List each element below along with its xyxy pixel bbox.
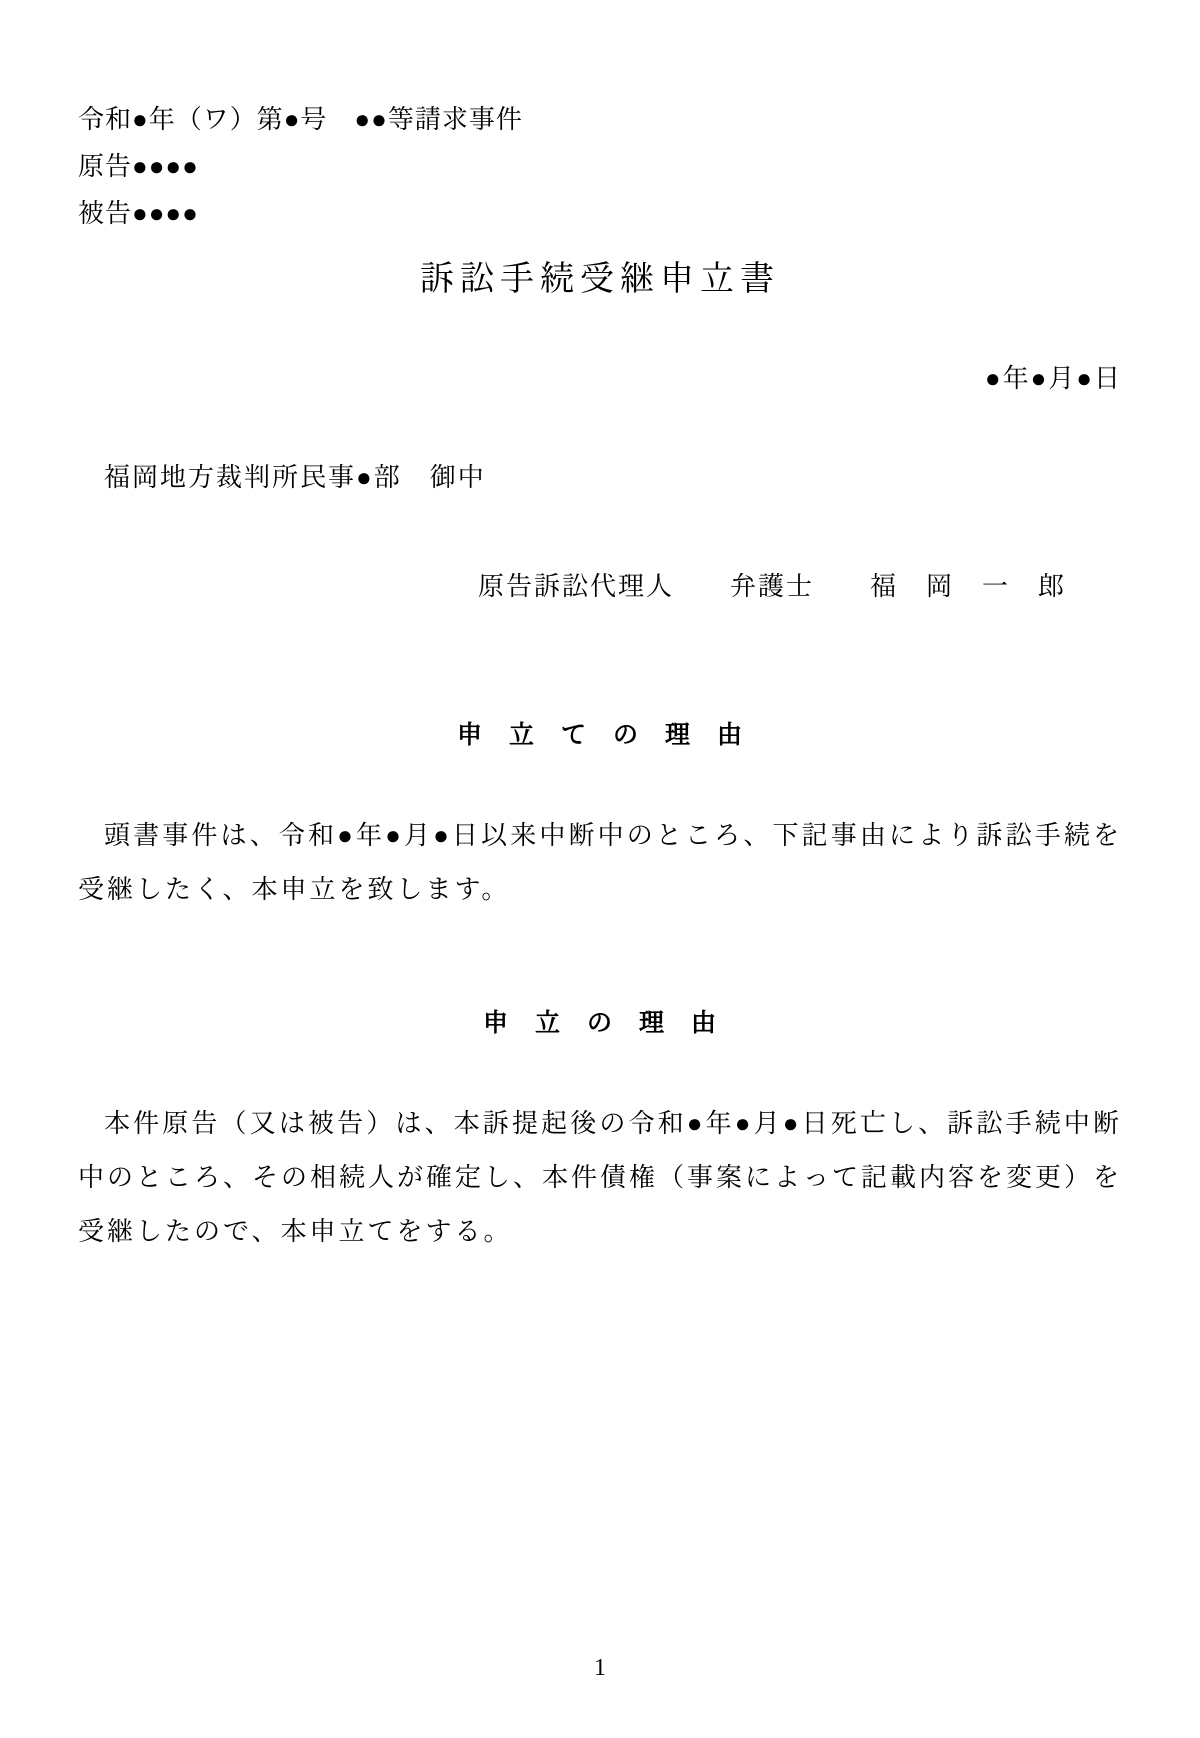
page-number: 1: [0, 1655, 1200, 1682]
section1-heading: 申 立 て の 理 由: [78, 715, 1122, 751]
court-address-line: 福岡地方裁判所民事●部 御中: [78, 457, 1122, 494]
section2-body-paragraph: 本件原告（又は被告）は、本訴提起後の令和●年●月●日死亡し、訴訟手続中断中のとこ…: [78, 1097, 1122, 1259]
defendant-line: 被告●●●●: [78, 190, 1122, 237]
date-line: ●年●月●日: [78, 358, 1122, 395]
document-title: 訴訟手続受継申立書: [78, 251, 1122, 300]
case-caption-block: 令和●年（ワ）第●号 ●●等請求事件 原告●●●● 被告●●●●: [78, 96, 1122, 237]
plaintiff-line: 原告●●●●: [78, 143, 1122, 190]
section2-heading: 申 立 の 理 由: [78, 1003, 1122, 1039]
section1-body-paragraph: 頭書事件は、令和●年●月●日以来中断中のところ、下記事由により訴訟手続を受継した…: [78, 809, 1122, 917]
document-page: 令和●年（ワ）第●号 ●●等請求事件 原告●●●● 被告●●●● 訴訟手続受継申…: [0, 0, 1200, 1738]
case-number-line: 令和●年（ワ）第●号 ●●等請求事件: [78, 96, 1122, 143]
attorney-signature-line: 原告訴訟代理人 弁護士 福 岡 一 郎: [478, 566, 1122, 603]
